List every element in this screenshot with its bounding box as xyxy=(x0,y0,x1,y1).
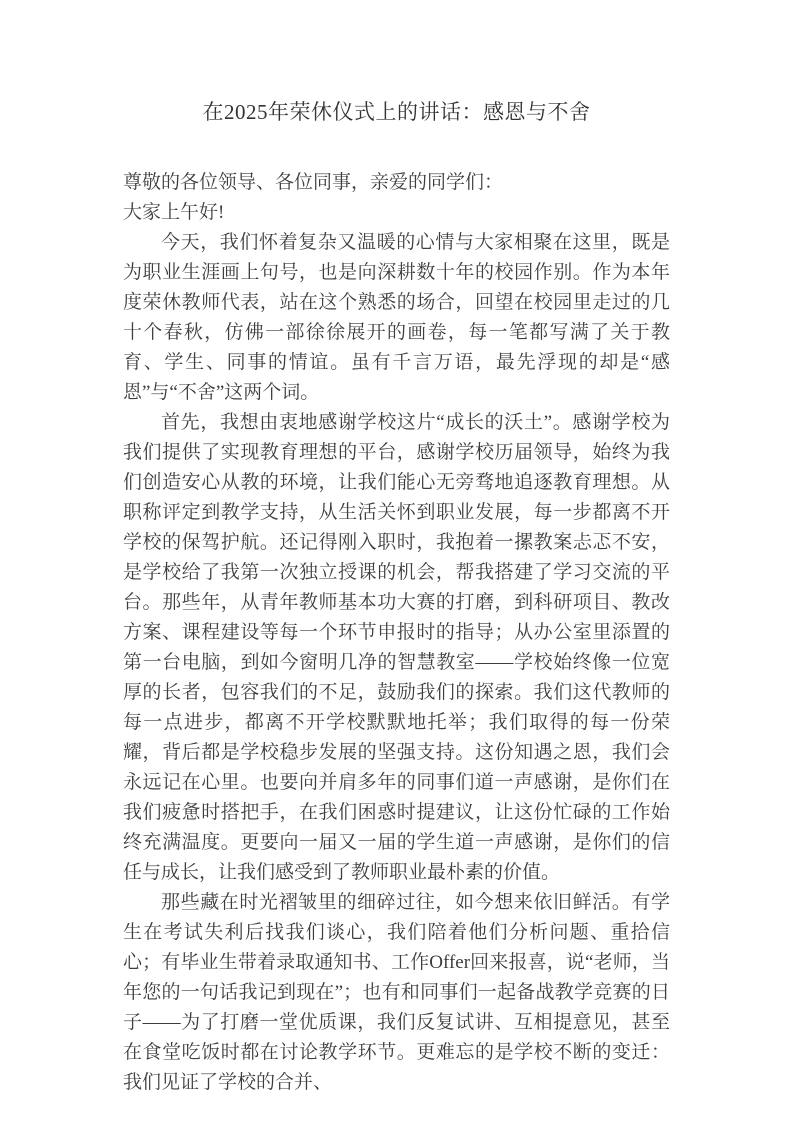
paragraph-2: 首先，我想由衷地感谢学校这片“成长的沃土”。感谢学校为我们提供了实现教育理想的平… xyxy=(123,408,670,888)
greeting-line: 大家上午好! xyxy=(123,198,670,228)
document-page: 在2025年荣休仪式上的讲话：感恩与不舍 尊敬的各位领导、各位同事，亲爱的同学们… xyxy=(0,0,793,1122)
document-content: 在2025年荣休仪式上的讲话：感恩与不舍 尊敬的各位领导、各位同事，亲爱的同学们… xyxy=(123,97,670,1098)
document-title: 在2025年荣休仪式上的讲话：感恩与不舍 xyxy=(123,97,670,127)
paragraph-3: 那些藏在时光褶皱里的细碎过往，如今想来依旧鲜活。有学生在考试失利后找我们谈心，我… xyxy=(123,888,670,1098)
paragraph-1: 今天，我们怀着复杂又温暖的心情与大家相聚在这里，既是为职业生涯画上句号，也是向深… xyxy=(123,228,670,408)
salutation-line: 尊敬的各位领导、各位同事，亲爱的同学们： xyxy=(123,168,670,198)
